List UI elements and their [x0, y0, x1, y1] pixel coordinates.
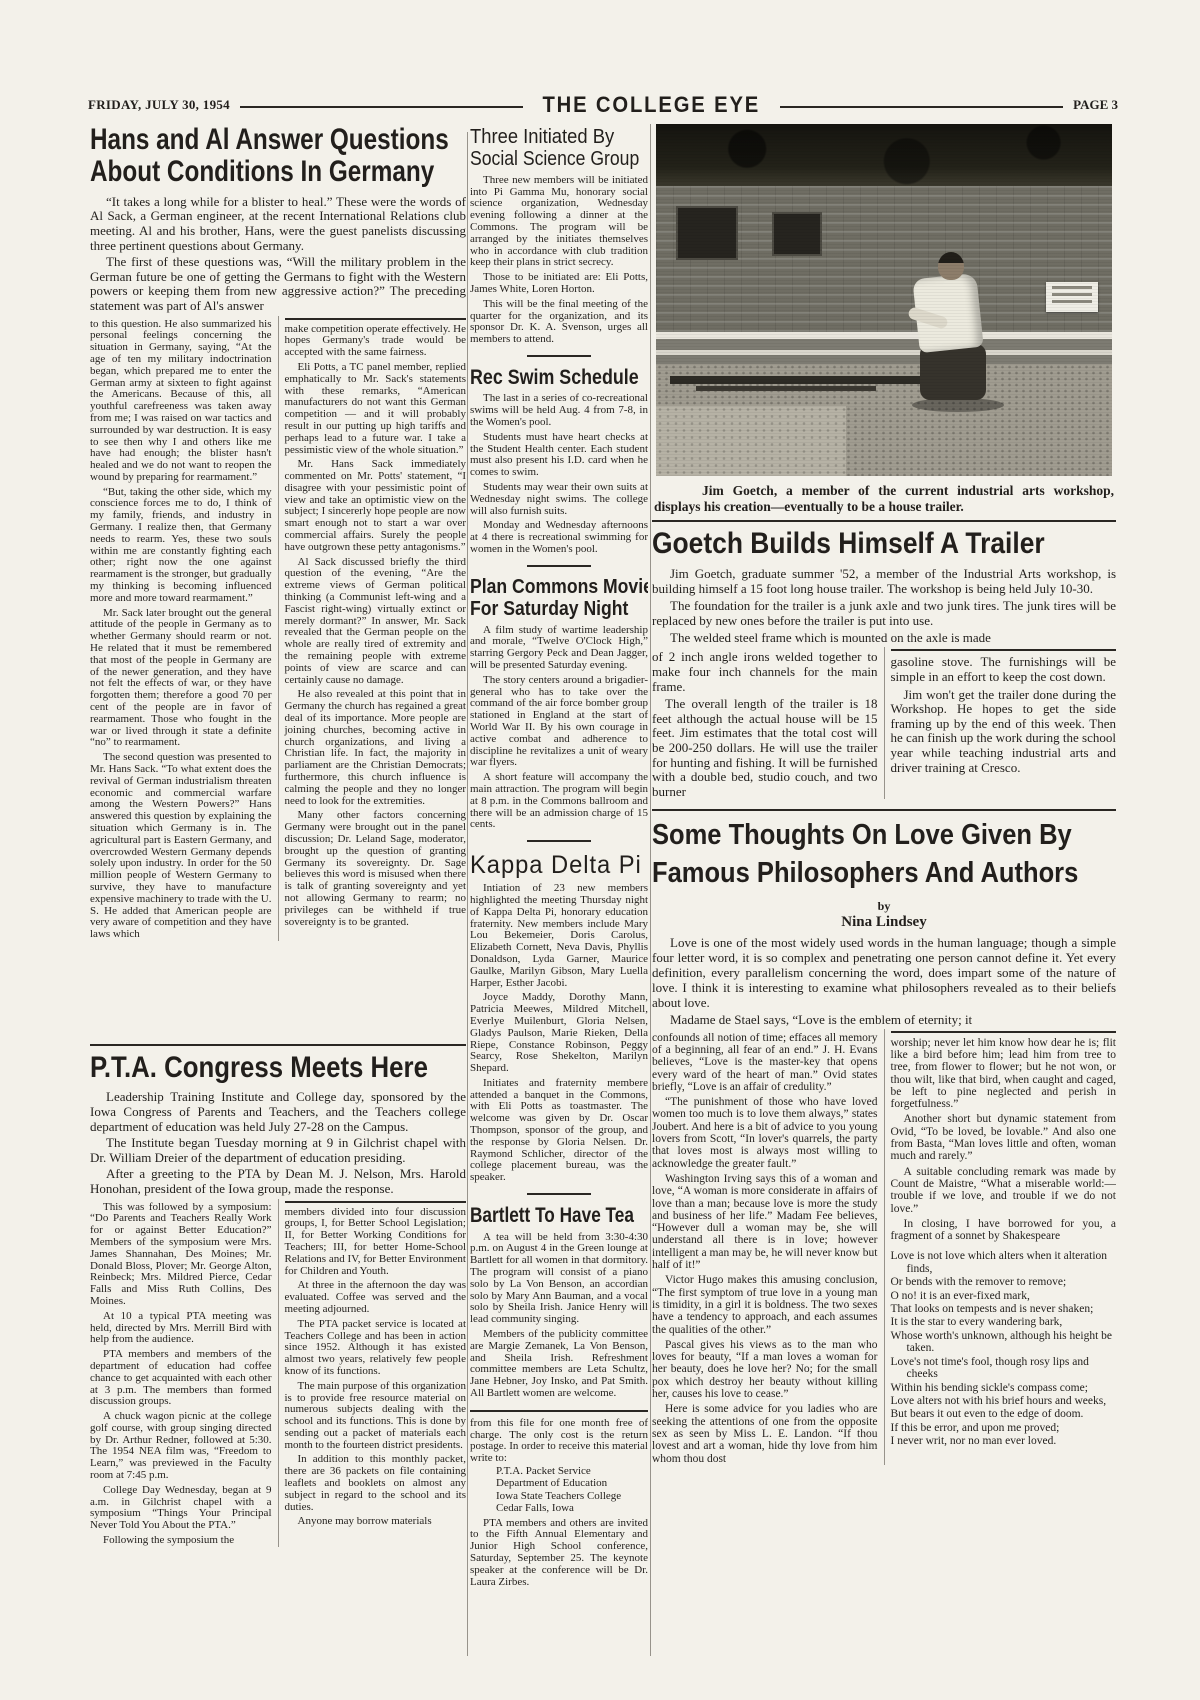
paragraph: Department of Education — [496, 1477, 648, 1489]
paragraph: Madame de Stael says, “Love is the emble… — [652, 1012, 1116, 1027]
text-column-inner: worship; never let him know how dear he … — [891, 1037, 1117, 1243]
photo-man-crouching — [908, 252, 998, 442]
column-divider — [278, 1199, 279, 1547]
paragraph: PTA members and members of the departmen… — [90, 1349, 272, 1408]
paragraph: Mr. Hans Sack immediately commented on M… — [285, 459, 467, 553]
headline-line: Famous Philosophers And Authors — [652, 855, 1078, 893]
paragraph: Another short but dynamic statement from… — [891, 1113, 1117, 1162]
paragraph: He also revealed at this point that in G… — [285, 689, 467, 807]
section-rule — [652, 520, 1116, 522]
paragraph: Washington Irving says this of a woman a… — [652, 1173, 878, 1271]
paragraph: Jim Goetch, graduate summer '52, a membe… — [652, 566, 1116, 596]
photo-man-shirt — [912, 273, 983, 353]
headline-line: Goetch Builds Himself A Trailer — [652, 528, 1045, 560]
text-column: make competition operate effectively. He… — [285, 316, 467, 941]
paragraph: Jim won't get the trailer done during th… — [891, 688, 1117, 776]
article-love-columns: confounds all notion of time; effaces al… — [652, 1029, 1116, 1465]
photo-man-head — [938, 252, 964, 280]
column-divider — [884, 647, 885, 799]
paragraph: to this question. He also summarized his… — [90, 319, 272, 484]
paragraph: of 2 inch angle irons welded together to… — [652, 650, 878, 694]
article-kappa-body: Intiation of 23 new members highlighted … — [470, 883, 648, 1184]
photo-sign — [1046, 282, 1098, 312]
article-love-lead: Love is one of the most widely used word… — [652, 935, 1116, 1027]
headline-line: Some Thoughts On Love Given By — [652, 817, 1072, 855]
article-hans: Hans and Al Answer Questions About Condi… — [90, 124, 466, 1040]
photo-railing — [656, 332, 1112, 339]
paragraph: Love's not time's fool, though rosy lips… — [891, 1356, 1117, 1381]
text-column: This was followed by a symposium: “Do Pa… — [90, 1199, 272, 1547]
paragraph: Many other factors concerning Germany we… — [285, 810, 467, 928]
paragraph: O no! it is an ever-fixed mark, — [891, 1290, 1117, 1302]
paragraph: It is the star to every wandering bark, — [891, 1316, 1117, 1328]
section-rule — [527, 840, 591, 842]
article-pta-columns: This was followed by a symposium: “Do Pa… — [90, 1199, 466, 1547]
headline-line: Three Initiated By — [470, 126, 614, 148]
article-bartlett-body: A tea will be held from 3:30-4:30 p.m. o… — [470, 1232, 648, 1400]
paragraph: worship; never let him know how dear he … — [891, 1037, 1117, 1111]
paragraph: Eli Potts, a TC panel member, replied em… — [285, 362, 467, 456]
article-bartlett-headline: Bartlett To Have Tea — [470, 1204, 648, 1228]
paragraph: The PTA packet service is located at Tea… — [285, 1319, 467, 1378]
paragraph: A suitable concluding remark was made by… — [891, 1166, 1117, 1215]
paragraph: members divided into four discussion gro… — [285, 1207, 467, 1278]
continuation-rule — [891, 649, 1117, 651]
right-section: Jim Goetch, a member of the current indu… — [652, 124, 1116, 1664]
article-love-headline: Some Thoughts On Love Given By Famous Ph… — [652, 817, 1116, 892]
paragraph: The foundation for the trailer is a junk… — [652, 598, 1116, 628]
paragraph: “But, taking the other side, which my co… — [90, 487, 272, 605]
paragraph: Students must have heart checks at the S… — [470, 432, 648, 479]
paragraph: Following the symposium the — [90, 1535, 272, 1547]
text-column: members divided into four discussion gro… — [285, 1199, 467, 1547]
text-column-inner: members divided into four discussion gro… — [285, 1207, 467, 1529]
headline-line: Bartlett To Have Tea — [470, 1204, 634, 1228]
paragraph: Cedar Falls, Iowa — [496, 1502, 648, 1514]
photo-window — [678, 208, 736, 258]
article-pta: P.T.A. Congress Meets Here Leadership Tr… — [90, 1040, 466, 1662]
paragraph: Initiates and fraternity membere attende… — [470, 1078, 648, 1184]
headline-line: Hans and Al Answer Questions — [90, 124, 449, 156]
article-swim-body: The last in a series of co-recreational … — [470, 393, 648, 555]
paragraph: A short feature will accompany the main … — [470, 772, 648, 831]
paragraph: College Day Wednesday, began at 9 a.m. i… — [90, 1485, 272, 1532]
paragraph: If this be error, and upon me proved; — [891, 1422, 1117, 1434]
paragraph: P.T.A. Packet Service — [496, 1465, 648, 1477]
article-goetch-headline: Goetch Builds Himself A Trailer — [652, 528, 1116, 560]
paragraph: At three in the afternoon the day was ev… — [285, 1280, 467, 1315]
paragraph: Pascal gives his views as to the man who… — [652, 1339, 878, 1400]
paragraph: Members of the publicity committee are M… — [470, 1329, 648, 1400]
paragraph: Love is not love which alters when it al… — [891, 1250, 1117, 1275]
article-pta-lead: Leadership Training Institute and Colleg… — [90, 1090, 466, 1196]
paragraph: PTA members and others are invited to th… — [470, 1518, 648, 1589]
article-love-byline: by Nina Lindsey — [652, 899, 1116, 931]
continuation-rule — [285, 318, 467, 320]
section-rule — [527, 1193, 591, 1195]
paragraph: A chuck wagon picnic at the college golf… — [90, 1411, 272, 1482]
section-rule — [90, 1044, 466, 1046]
paragraph: Al Sack discussed briefly the third ques… — [285, 557, 467, 687]
photo-man-pants — [920, 344, 986, 400]
paragraph: Mr. Sack later brought out the general a… — [90, 608, 272, 750]
article-goetch-lead: Jim Goetch, graduate summer '52, a membe… — [652, 566, 1116, 645]
paragraph: The last in a series of co-recreational … — [470, 393, 648, 428]
article-pta-continuation: from this file for one month free of cha… — [470, 1418, 648, 1465]
paragraph: Intiation of 23 new members highlighted … — [470, 883, 648, 989]
header-rule — [240, 106, 523, 108]
paragraph: Students may wear their own suits at Wed… — [470, 482, 648, 517]
continuation-rule — [891, 1031, 1117, 1033]
section-rule — [527, 565, 591, 567]
page-number: PAGE 3 — [1073, 97, 1118, 113]
paragraph: The first of these questions was, “Will … — [90, 255, 466, 313]
byline-by: by — [652, 899, 1116, 914]
paragraph: Within his bending sickle's compass come… — [891, 1382, 1117, 1394]
paragraph: Love alters not with his brief hours and… — [891, 1395, 1117, 1407]
article-pta-continuation-2: PTA members and others are invited to th… — [470, 1518, 648, 1589]
headline-line: Plan Commons Movie — [470, 576, 648, 598]
article-pta-headline: P.T.A. Congress Meets Here — [90, 1052, 466, 1084]
paragraph: The Institute began Tuesday morning at 9… — [90, 1136, 466, 1165]
paragraph: A film study of wartime leadership and m… — [470, 625, 648, 672]
paragraph: Whose worth's unknown, although his heig… — [891, 1330, 1117, 1355]
text-column: of 2 inch angle irons welded together to… — [652, 647, 878, 799]
headline-line: Rec Swim Schedule — [470, 366, 639, 390]
paragraph: The welded steel frame which is mounted … — [652, 630, 1116, 645]
paragraph: After a greeting to the PTA by Dean M. J… — [90, 1167, 466, 1196]
paragraph: Leadership Training Institute and Colleg… — [90, 1090, 466, 1134]
page-header: FRIDAY, JULY 30, 1954 THE COLLEGE EYE PA… — [88, 92, 1118, 118]
paragraph: The story centers around a brigadier-gen… — [470, 675, 648, 769]
article-hans-headline: Hans and Al Answer Questions About Condi… — [90, 124, 466, 189]
paragraph: Here is some advice for you ladies who a… — [652, 1403, 878, 1464]
photo-trailer-frame — [670, 376, 920, 384]
article-goetch-columns: of 2 inch angle irons welded together to… — [652, 647, 1116, 799]
photo-man-arm — [907, 306, 949, 330]
photo-window — [774, 214, 820, 254]
paragraph: Love is one of the most widely used word… — [652, 935, 1116, 1010]
paragraph: The main purpose of this organization is… — [285, 1381, 467, 1452]
text-column: to this question. He also summarized his… — [90, 316, 272, 941]
photo-caption: Jim Goetch, a member of the current indu… — [654, 483, 1114, 515]
column-divider — [884, 1029, 885, 1465]
photo-railing — [656, 350, 1112, 355]
paragraph: Or bends with the remover to remove; — [891, 1276, 1117, 1288]
paragraph: make competition operate effectively. He… — [285, 324, 467, 359]
issue-date: FRIDAY, JULY 30, 1954 — [88, 97, 230, 113]
continuation-rule — [285, 1201, 467, 1203]
headline-line: Social Science Group — [470, 148, 639, 170]
paragraph: At 10 a typical PTA meeting was held, di… — [90, 1311, 272, 1346]
photo-foliage — [656, 124, 1112, 186]
text-column: confounds all notion of time; effaces al… — [652, 1029, 878, 1465]
byline-author: Nina Lindsey — [652, 914, 1116, 931]
paragraph: from this file for one month free of cha… — [470, 1418, 648, 1465]
paragraph: Victor Hugo makes this amusing conclusio… — [652, 1274, 878, 1335]
photo-gravel-patch — [656, 406, 846, 476]
paragraph: Monday and Wednesday afternoons at 4 the… — [470, 520, 648, 555]
trailer-workshop-photo — [656, 124, 1112, 476]
newspaper-page: FRIDAY, JULY 30, 1954 THE COLLEGE EYE PA… — [0, 0, 1200, 1700]
paragraph: Iowa State Teachers College — [496, 1490, 648, 1502]
paragraph: The overall length of the trailer is 18 … — [652, 697, 878, 799]
photo-trailer-frame — [696, 386, 876, 391]
article-social-body: Three new members will be initiated into… — [470, 175, 648, 346]
paragraph: “The punishment of those who have loved … — [652, 1096, 878, 1170]
column-three: Three Initiated By Social Science Group … — [470, 124, 648, 1662]
paragraph: Anyone may borrow materials — [285, 1516, 467, 1528]
paragraph: The second question was presented to Mr.… — [90, 752, 272, 941]
article-movie-headline: Plan Commons Movie For Saturday Night — [470, 576, 648, 621]
article-hans-lead: “It takes a long while for a blister to … — [90, 195, 466, 314]
pta-packet-address: P.T.A. Packet ServiceDepartment of Educa… — [470, 1465, 648, 1515]
photo-shadow — [912, 398, 1004, 412]
paragraph: A tea will be held from 3:30-4:30 p.m. o… — [470, 1232, 648, 1326]
article-hans-columns: to this question. He also summarized his… — [90, 316, 466, 941]
photo-ground — [656, 364, 1112, 476]
photo-brick-building — [656, 186, 1112, 336]
article-movie-body: A film study of wartime leadership and m… — [470, 625, 648, 832]
paragraph: Those to be initiated are: Eli Potts, Ja… — [470, 272, 648, 296]
text-column-inner: gasoline stove. The furnishings will be … — [891, 655, 1117, 775]
text-column-inner: make competition operate effectively. He… — [285, 324, 467, 929]
headline-line: Kappa Delta Pi — [470, 851, 642, 879]
headline-line: About Conditions In Germany — [90, 156, 434, 188]
headline-line: P.T.A. Congress Meets Here — [90, 1052, 428, 1084]
paragraph: “It takes a long while for a blister to … — [90, 195, 466, 253]
paragraph: In addition to this monthly packet, ther… — [285, 1454, 467, 1513]
sonnet: Love is not love which alters when it al… — [891, 1250, 1117, 1447]
paragraph: This will be the final meeting of the qu… — [470, 299, 648, 346]
header-rule — [780, 106, 1063, 108]
paragraph: I never writ, nor no man ever loved. — [891, 1435, 1117, 1447]
section-rule — [652, 809, 1116, 811]
paragraph: But bears it out even to the edge of doo… — [891, 1408, 1117, 1420]
column-divider — [650, 124, 651, 1656]
headline-line: For Saturday Night — [470, 598, 628, 620]
paragraph: gasoline stove. The furnishings will be … — [891, 655, 1117, 684]
column-divider — [278, 316, 279, 941]
paragraph: Joyce Maddy, Dorothy Mann, Patricia Meew… — [470, 992, 648, 1075]
paragraph: That looks on tempests and is never shak… — [891, 1303, 1117, 1315]
section-rule — [527, 355, 591, 357]
article-kappa-headline: Kappa Delta Pi — [470, 851, 648, 879]
column-divider — [467, 132, 468, 1656]
paragraph: confounds all notion of time; effaces al… — [652, 1032, 878, 1093]
paragraph: Three new members will be initiated into… — [470, 175, 648, 269]
paragraph: This was followed by a symposium: “Do Pa… — [90, 1202, 272, 1308]
text-column: gasoline stove. The furnishings will be … — [891, 647, 1117, 799]
article-swim-headline: Rec Swim Schedule — [470, 366, 648, 390]
paragraph: In closing, I have borrowed for you, a f… — [891, 1218, 1117, 1243]
continuation-rule — [470, 1410, 648, 1412]
text-column: worship; never let him know how dear he … — [891, 1029, 1117, 1465]
article-social-headline: Three Initiated By Social Science Group — [470, 126, 648, 171]
masthead-title: THE COLLEGE EYE — [543, 92, 761, 118]
